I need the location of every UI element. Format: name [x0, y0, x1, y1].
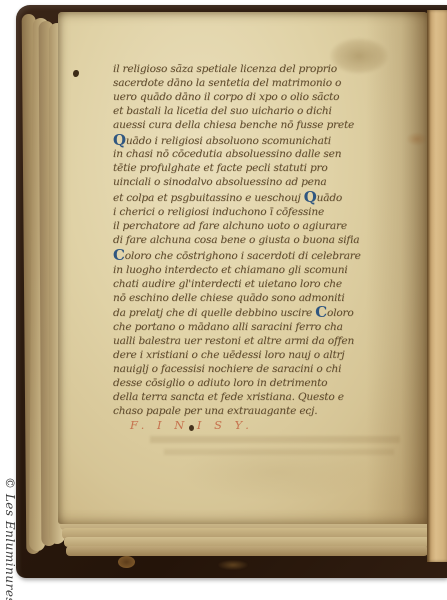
manuscript-line: della terra sancta et fede xristiana. Qu…: [113, 391, 369, 405]
text-segment: di fare alchuna cosa bene o giusta o buo…: [113, 234, 359, 246]
illuminated-initial: C: [315, 306, 327, 320]
text-segment: i cherici o religiosi induchono ī cōfess…: [113, 206, 324, 218]
manuscript-line: che portano o mādano alli saracini ferro…: [113, 321, 369, 335]
text-segment: F. I N I S Y.: [130, 418, 253, 432]
text-segment: in chasi nō cōcedutia absoluessino dalle…: [113, 148, 341, 160]
facing-page-edge: [427, 10, 447, 562]
manuscript-line: Quādo i religiosi absoluono scomunichati: [113, 133, 369, 149]
manuscript-line: da prelatj che di quelle debbino uscire …: [113, 305, 369, 321]
text-segment: uādo i religiosi absoluono scomunichati: [126, 135, 331, 147]
text-segment: in luogho interdecto et chiamano gli sco…: [113, 264, 348, 276]
text-segment: desse cōsiglio o adiuto loro in detrimen…: [113, 377, 327, 389]
illuminated-initial: C: [113, 249, 125, 263]
manuscript-line: ualli balestra uer restoni et altre armi…: [113, 335, 369, 349]
manuscript-line: il perchatore ad fare alchuno uoto o agi…: [113, 220, 369, 234]
text-segment: il perchatore ad fare alchuno uoto o agi…: [113, 220, 347, 232]
text-segment: della terra sancta et fede xristiana. Qu…: [113, 391, 344, 403]
manuscript-line: chati audire gl'interdecti et uietano lo…: [113, 278, 369, 292]
text-segment: tētie profulghate et facte pecli statuti…: [113, 162, 328, 174]
illuminated-initial: Q: [304, 191, 317, 205]
manuscript-line: et bastali la licetia del suo uichario o…: [113, 105, 369, 119]
stain: [218, 560, 248, 570]
manuscript-photo: il religioso sãza spetiale licenza del p…: [0, 0, 447, 600]
bleedthrough-text: [150, 433, 412, 460]
manuscript-line: i cherici o religiosi induchono ī cōfess…: [113, 206, 369, 220]
text-segment: et colpa et psgbuitassino e ueschouj: [113, 192, 304, 204]
manuscript-line: il religioso sãza spetiale licenza del p…: [113, 63, 369, 77]
text-segment: che portano o mādano alli saracini ferro…: [113, 321, 343, 333]
manuscript-line: tētie profulghate et facte pecli statuti…: [113, 162, 369, 176]
text-segment: nō eschino delle chiese quādo sono admon…: [113, 292, 345, 304]
manuscript-line: in luogho interdecto et chiamano gli sco…: [113, 264, 369, 278]
text-segment: oloro: [327, 307, 354, 319]
text-segment: auessi cura della chiesa benche nō fusse…: [113, 119, 354, 131]
illuminated-initial: Q: [113, 134, 126, 148]
manuscript-line: Coloro che cōstrighono i sacerdoti di ce…: [113, 248, 369, 264]
text-segment: nauiglj o facessisi nochiere de saracini…: [113, 363, 341, 375]
manuscript-line: et colpa et psgbuitassino e ueschouj Quā…: [113, 190, 369, 206]
text-segment: ualli balestra uer restoni et altre armi…: [113, 335, 354, 347]
manuscript-line: di fare alchuna cosa bene o giusta o buo…: [113, 234, 369, 248]
text-segment: et bastali la licetia del suo uichario o…: [113, 105, 332, 117]
text-segment: uero quādo dāno il corpo di xpo o olio s…: [113, 91, 339, 103]
manuscript-line: F. I N I S Y.: [113, 419, 369, 433]
text-segment: uādo: [317, 192, 343, 204]
manuscript-line: dere i xristiani o che uēdessi loro nauj…: [113, 349, 369, 363]
manuscript-line: nauiglj o facessisi nochiere de saracini…: [113, 363, 369, 377]
text-segment: dere i xristiani o che uēdessi loro nauj…: [113, 349, 344, 361]
manuscript-line: nō eschino delle chiese quādo sono admon…: [113, 292, 369, 306]
text-segment: da prelatj che di quelle debbino uscire: [113, 307, 315, 319]
manuscript-line: in chasi nō cōcedutia absoluessino dalle…: [113, 148, 369, 162]
manuscript-line: desse cōsiglio o adiuto loro in detrimen…: [113, 377, 369, 391]
manuscript-line: auessi cura della chiesa benche nō fusse…: [113, 119, 369, 133]
manuscript-line: uinciali o sinodalvo absoluessino ad pen…: [113, 176, 369, 190]
text-segment: oloro che cōstrighono i sacerdoti di cel…: [125, 250, 361, 262]
page-edge-stack-bottom: [66, 546, 428, 556]
text-segment: chati audire gl'interdecti et uietano lo…: [113, 278, 342, 290]
manuscript-line: sacerdote dāno la sentetia del matrimoni…: [113, 77, 369, 91]
manuscript-text: il religioso sãza spetiale licenza del p…: [113, 63, 369, 433]
copyright-watermark: © Les Enluminures: [3, 477, 17, 600]
manuscript-line: uero quādo dāno il corpo di xpo o olio s…: [113, 91, 369, 105]
manuscript-line: chaso papale per una extrauagante ecj.: [113, 405, 369, 419]
text-segment: sacerdote dāno la sentetia del matrimoni…: [113, 77, 341, 89]
text-segment: uinciali o sinodalvo absoluessino ad pen…: [113, 176, 326, 188]
text-segment: chaso papale per una extrauagante ecj.: [113, 405, 317, 417]
stain: [118, 556, 135, 568]
text-segment: il religioso sãza spetiale licenza del p…: [113, 63, 337, 75]
